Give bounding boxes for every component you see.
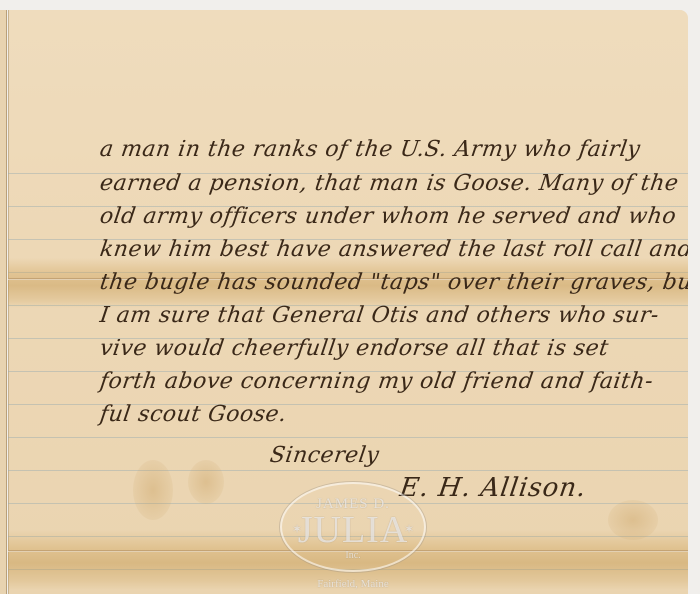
watermark-inc-text: Inc. [282, 550, 424, 561]
letter-line: forth above concerning my old friend and… [98, 369, 655, 394]
watermark-location-text: Fairfield, Maine [282, 578, 424, 590]
letter-line: knew him best have answered the last rol… [98, 237, 688, 262]
water-stain [133, 460, 173, 520]
letter-signature: E. H. Allison. [398, 473, 589, 503]
watermark-seal: JAMES D. ✶ JULIA ✶ Inc. Fairfield, Maine [280, 482, 426, 572]
water-stain [608, 500, 658, 540]
ruled-line [8, 437, 688, 438]
letter-line: a man in the ranks of the U.S. Army who … [98, 137, 642, 162]
letter-line: vive would cheerfully endorse all that i… [98, 336, 610, 361]
watermark-main-text: JULIA [282, 508, 424, 552]
letter-line: earned a pension, that man is Goose. Man… [98, 171, 680, 196]
letter-line: old army officers under whom he served a… [98, 204, 678, 229]
ruled-line [8, 470, 688, 471]
water-stain [188, 460, 224, 504]
letter-line: the bugle has sounded "taps" over their … [98, 270, 688, 295]
letter-closing: Sincerely [268, 443, 381, 468]
letter-line: ful scout Goose. [98, 402, 288, 427]
star-icon: ✶ [404, 522, 414, 537]
letter-line: I am sure that General Otis and others w… [98, 303, 660, 328]
adjacent-page-edge [0, 10, 7, 594]
